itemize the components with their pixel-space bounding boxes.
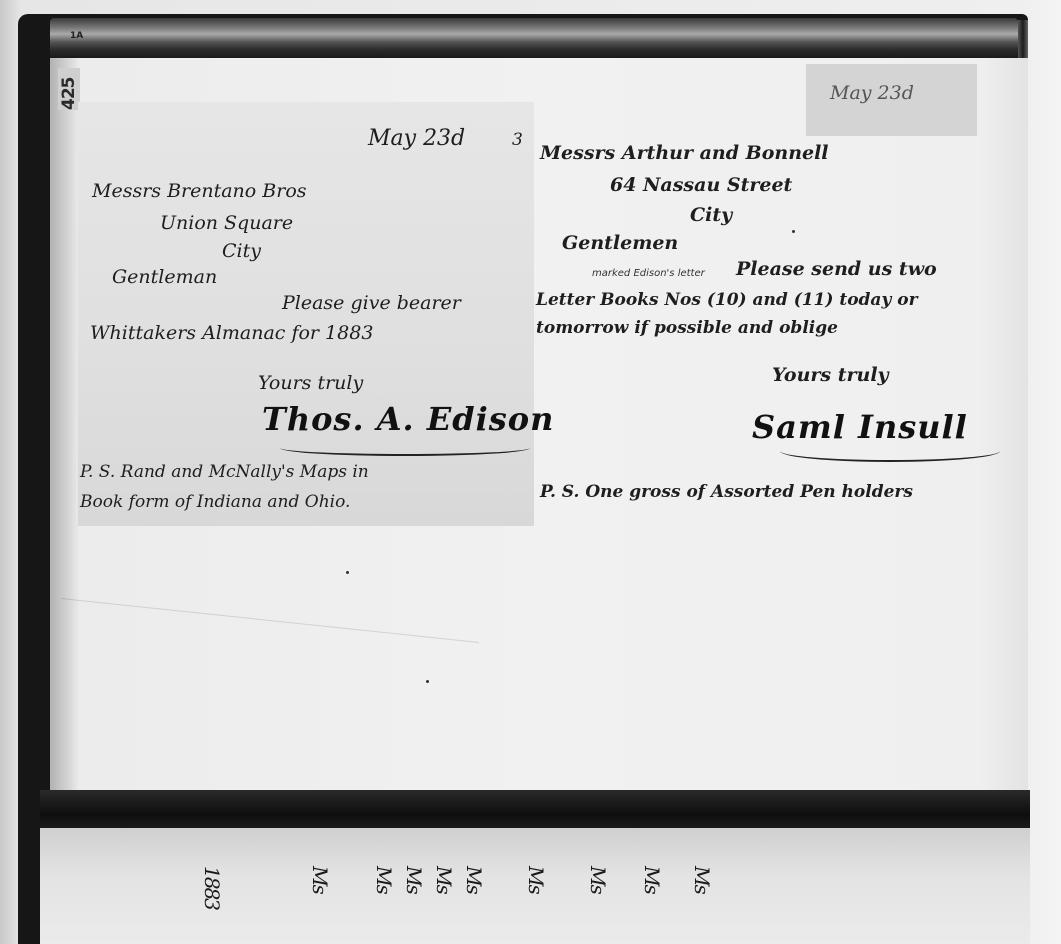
letter-left-address-line: City	[222, 240, 261, 262]
letter-right-closing: Yours truly	[772, 364, 889, 386]
paper-speck	[792, 230, 795, 233]
signature-flourish	[780, 440, 1000, 462]
letter-left-body-line: Please give bearer	[282, 292, 461, 314]
lower-page-script: Ms	[402, 866, 426, 893]
lower-page-script: Ms	[462, 866, 486, 893]
letter-right-body-line: Please send us two	[736, 258, 937, 280]
letter-right-address-line: Messrs Arthur and Bonnell	[540, 142, 829, 164]
lower-page-script: Ms	[586, 866, 610, 893]
gutter-shadow	[50, 58, 80, 810]
letter-right-postscript: P. S. One gross of Assorted Pen holders	[540, 482, 913, 502]
lower-page-script: Ms	[640, 866, 664, 893]
letter-left-salutation: Gentleman	[112, 266, 217, 288]
letter-left-signature: Thos. A. Edison	[262, 400, 554, 438]
letter-left-date-suffix: 3	[512, 130, 523, 150]
letter-left-body-line: Whittakers Almanac for 1883	[90, 322, 373, 344]
letter-left-address-line: Messrs Brentano Bros	[92, 180, 307, 202]
letter-left-postscript-line: P. S. Rand and McNally's Maps in	[80, 462, 369, 482]
letter-right-address-line: 64 Nassau Street	[610, 174, 792, 196]
page-number: 425	[58, 68, 80, 110]
letter-right-body-line: tomorrow if possible and oblige	[536, 318, 838, 338]
letter-left-postscript-line: Book form of Indiana and Ohio.	[80, 492, 350, 512]
lower-page-script: Ms	[690, 866, 714, 893]
page-block-top-edge	[50, 18, 1018, 58]
pencil-annotation: marked Edison's letter	[592, 268, 705, 279]
paper-speck	[346, 571, 349, 574]
letter-right-salutation: Gentlemen	[562, 232, 678, 254]
lower-page-script: Ms	[372, 866, 396, 893]
edge-mark: 1A	[70, 31, 83, 41]
letter-right-body-line: Letter Books Nos (10) and (11) today or	[536, 290, 918, 310]
letter-left-closing: Yours truly	[258, 372, 363, 394]
signature-underline	[280, 440, 530, 456]
date-slip-text: May 23d	[830, 82, 914, 104]
letter-left-address-line: Union Square	[160, 212, 293, 234]
paper-speck	[426, 680, 429, 683]
lower-page-script: Ms	[524, 866, 548, 893]
page-gap-shadow	[40, 790, 1030, 830]
letter-right-address-line: City	[690, 204, 732, 226]
lower-page-script: Ms	[308, 866, 332, 893]
letter-left-date: May 23d	[368, 126, 465, 151]
lower-page-script: Ms	[432, 866, 456, 893]
lower-page-script: 1883	[200, 866, 224, 909]
